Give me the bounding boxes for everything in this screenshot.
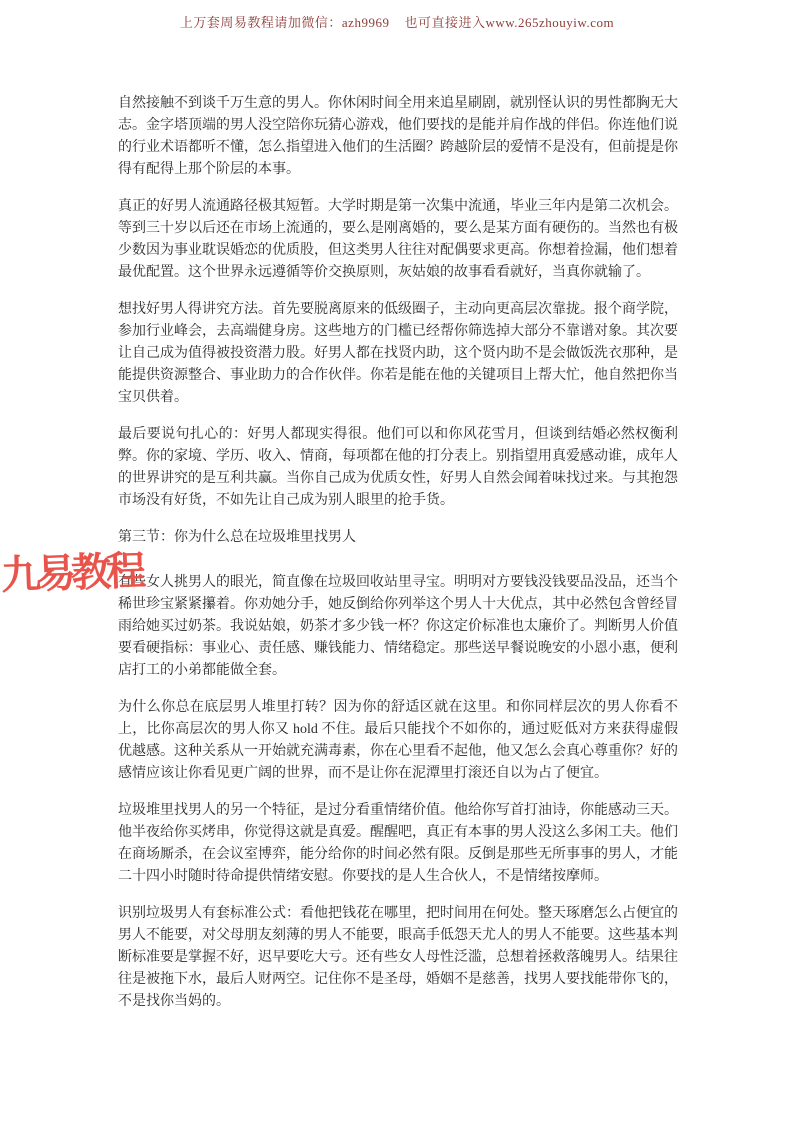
paragraph: 为什么你总在底层男人堆里打转？因为你的舒适区就在这里。和你同样层次的男人你看不上… (118, 697, 678, 785)
paragraph: 自然接触不到谈千万生意的男人。你休闲时间全用来追星刷剧，就别怪认识的男性都胸无大… (118, 93, 678, 181)
paragraph: 真正的好男人流通路径极其短暂。大学时期是第一次集中流通，毕业三年内是第二次机会。… (118, 196, 678, 284)
paragraph: 想找好男人得讲究方法。首先要脱离原来的低级圈子，主动向更高层次靠拢。报个商学院，… (118, 299, 678, 409)
document-content: 自然接触不到谈千万生意的男人。你休闲时间全用来追星刷剧，就别怪认识的男性都胸无大… (118, 93, 678, 1028)
paragraph: 有些女人挑男人的眼光，简直像在垃圾回收站里寻宝。明明对方要钱没钱要品没品，还当个… (118, 572, 678, 682)
paragraph: 最后要说句扎心的：好男人都现实得很。他们可以和你风花雪月，但谈到结婚必然权衡利弊… (118, 424, 678, 512)
header-ad-text: 上万套周易教程请加微信：azh9969 也可直接进入www.265zhouyiw… (0, 12, 794, 31)
section-heading: 第三节：你为什么总在垃圾堆里找男人 (118, 527, 678, 549)
paragraph: 识别垃圾男人有套标准公式：看他把钱花在哪里，把时间用在何处。整天琢磨怎么占便宜的… (118, 903, 678, 1013)
document-page: 上万套周易教程请加微信：azh9969 也可直接进入www.265zhouyiw… (0, 0, 794, 1123)
watermark-logo: 九易教程 (0, 539, 142, 601)
paragraph: 垃圾堆里找男人的另一个特征，是过分看重情绪价值。他给你写首打油诗，你能感动三天。… (118, 800, 678, 888)
